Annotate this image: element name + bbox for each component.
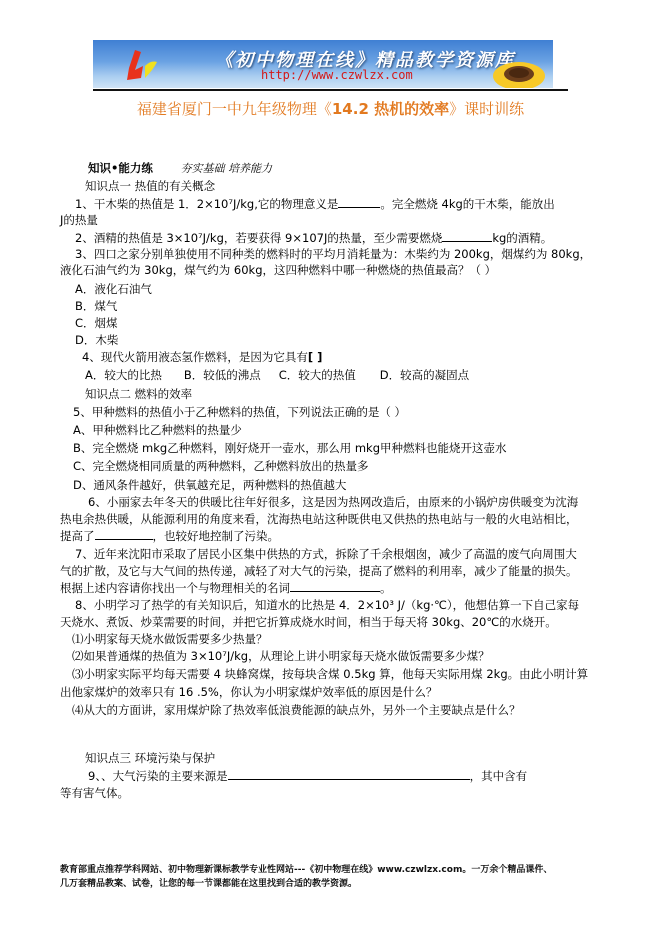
title-topic: 14.2 热机的效率	[332, 100, 449, 118]
title-suffix: 》课时训练	[449, 100, 524, 118]
question-6-line3: 提高了，也较好地控制了污染。	[60, 528, 279, 544]
question-6-line1: 6、小丽家去年冬天的供暖比往年好很多，这是因为热网改造后，由原来的小锅炉房供暖变…	[88, 494, 578, 510]
site-logo-icon	[121, 48, 165, 82]
q4-option-c[interactable]: C．较大的热值	[279, 368, 356, 382]
question-3-line2: 液化石油气约为 30kg，煤气约为 60kg，这四种燃料中哪一种燃烧的热值最高？…	[60, 262, 496, 278]
section-label: 知识•能力练	[88, 161, 153, 175]
question-9-cont: 等有害气体。	[60, 785, 129, 801]
q2-blank[interactable]	[442, 230, 492, 242]
document-title: 福建省厦门一中九年级物理《14.2 热机的效率》课时训练	[0, 98, 661, 119]
question-9: 9、、大气污染的主要来源是，其中含有	[88, 768, 527, 784]
q4-answer-bracket[interactable]: [ ]	[308, 350, 323, 364]
q9-text-2: ，其中含有	[470, 769, 528, 783]
q1-text-2: 。完全燃烧 4kg的干木柴，能放出	[380, 197, 554, 211]
q1-blank[interactable]	[338, 196, 380, 208]
footer-line-2: 几万套精品教案、试卷，让您的每一节课都能在这里找到合适的教学资源。	[60, 876, 357, 889]
q5-option-b[interactable]: B、完全燃烧 mkg乙种燃料，刚好烧开一壶水，那么用 mkg甲种燃料也能烧开这壶…	[73, 440, 507, 456]
kp2-heading: 知识点二 燃料的效率	[85, 386, 192, 402]
q1-text: 1、干木柴的热值是 1．2×10⁷J/kg,它的物理意义是	[75, 197, 338, 211]
question-8-line1: 8、小明学习了热学的有关知识后，知道水的比热是 4．2×10³ J/（kg·℃）…	[75, 597, 579, 613]
banner-divider	[93, 89, 568, 91]
section-subtitle: 夯实基础 培养能力	[181, 162, 273, 175]
q8-sub-4: ⑷从大的方面讲，家用煤炉除了热效率低浪费能源的缺点外，另外一个主要缺点是什么？	[72, 702, 521, 718]
q5-option-d[interactable]: D、通风条件越好，供氧越充足，两种燃料的热值越大	[73, 477, 346, 493]
q7-text-2: 。	[380, 581, 392, 595]
q7-text: 根据上述内容请你找出一个与物理相关的名词	[60, 581, 290, 595]
q4-stem: 4、现代火箭用液态氢作燃料，是因为它具有	[82, 350, 308, 364]
q2-text-2: kg的酒精。	[492, 231, 552, 245]
q4-option-b[interactable]: B．较低的沸点	[184, 368, 261, 382]
q8-sub-1: ⑴小明家每天烧水做饭需要多少热量？	[72, 631, 268, 647]
q7-blank[interactable]	[290, 580, 380, 592]
q9-text: 9、、大气污染的主要来源是	[88, 769, 228, 783]
q3-option-c[interactable]: C．烟煤	[75, 315, 118, 331]
question-1: 1、干木柴的热值是 1．2×10⁷J/kg,它的物理意义是。完全燃烧 4kg的干…	[75, 196, 555, 212]
site-banner[interactable]: 《初中物理在线》精品教学资源库 http://www.czwlzx.com	[93, 40, 553, 88]
section-header: 知识•能力练 夯实基础 培养能力	[88, 160, 272, 177]
sunflower-icon	[491, 52, 547, 88]
question-7-line3: 根据上述内容请你找出一个与物理相关的名词。	[60, 580, 392, 596]
q3-option-d[interactable]: D．木柴	[75, 332, 118, 348]
question-4: 4、现代火箭用液态氢作燃料，是因为它具有[ ]	[82, 349, 322, 365]
q3-option-a[interactable]: A．液化石油气	[75, 281, 152, 297]
q4-options: A．较大的比热B．较低的沸点C．较大的热值D．较高的凝固点	[85, 367, 469, 383]
q4-option-d[interactable]: D．较高的凝固点	[380, 368, 469, 382]
question-3-line1: 3、四口之家分别单独使用不同种类的燃料时的平均月消耗量为：木柴约为 200kg，…	[75, 246, 591, 262]
footer-line-1: 教育部重点推荐学科网站、初中物理新课标教学专业性网站---《初中物理在线》www…	[60, 862, 552, 875]
banner-url-link[interactable]: http://www.czwlzx.com	[261, 68, 413, 82]
kp3-heading: 知识点三 环境污染与保护	[85, 750, 215, 766]
question-7-line1: 7、近年来沈阳市采取了居民小区集中供热的方式，拆除了千余根烟囱，减少了高温的废气…	[75, 546, 577, 562]
question-8-line2: 天烧水、煮饭、炒菜需要的时间，并把它折算成烧水时间，相当于每天将 30kg、20…	[60, 614, 557, 630]
question-1-cont: J的热量	[60, 212, 98, 228]
question-6-line2: 热电余热供暖，从能源利用的角度来看，沈海热电站这种既供电又供热的热电站与一般的火…	[60, 511, 578, 527]
q4-option-a[interactable]: A．较大的比热	[85, 368, 162, 382]
q8-sub-3-cont: 出他家煤炉的效率只有 16 .5%，你认为小明家煤炉效率低的原因是什么？	[60, 684, 437, 700]
q2-text: 2、酒精的热值是 3×10⁷J/kg，若要获得 9×107J的热量，至少需要燃烧	[75, 231, 442, 245]
title-prefix: 福建省厦门一中九年级物理《	[137, 100, 332, 118]
q6-text: 提高了	[60, 529, 95, 543]
q8-sub-2: ⑵如果普通煤的热值为 3×10⁷J/kg，从理论上讲小明家每天烧水做饭需要多少煤…	[72, 648, 490, 664]
q3-option-b[interactable]: B．煤气	[75, 298, 117, 314]
q8-sub-3: ⑶小明家实际平均每天需要 4 块蜂窝煤，按每块含煤 0.5kg 算，他每天实际用…	[72, 666, 588, 682]
question-2: 2、酒精的热值是 3×10⁷J/kg，若要获得 9×107J的热量，至少需要燃烧…	[75, 230, 552, 246]
q6-text-2: ，也较好地控制了污染。	[153, 529, 280, 543]
kp1-heading: 知识点一 热值的有关概念	[85, 178, 215, 194]
q9-blank[interactable]	[228, 768, 470, 780]
q5-option-c[interactable]: C、完全燃烧相同质量的两种燃料，乙种燃料放出的热量多	[73, 458, 369, 474]
q5-option-a[interactable]: A、甲种燃料比乙种燃料的热量少	[73, 422, 242, 438]
question-7-line2: 气的扩散，及它与大气间的热传递，减轻了对大气的污染，提高了燃料的利用率，减少了能…	[60, 563, 578, 579]
question-5: 5、甲种燃料的热值小于乙种燃料的热值，下列说法正确的是（ ）	[73, 404, 406, 420]
q6-blank[interactable]	[95, 528, 153, 540]
